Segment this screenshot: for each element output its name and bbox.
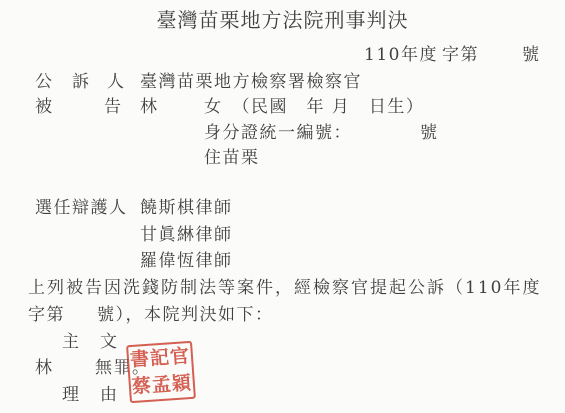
- reason-heading-char-1: 理: [62, 384, 81, 406]
- judgment-document: 臺灣苗栗地方法院刑事判決 110年度 字第 號 公 訴 人 臺灣苗栗地方檢察署檢…: [0, 0, 565, 413]
- defendant-address: 住苗栗: [204, 147, 260, 169]
- document-title: 臺灣苗栗地方法院刑事判決: [0, 9, 565, 31]
- prosecutor-label-char-1: 公: [35, 71, 54, 93]
- defendant-surname: 林: [140, 96, 159, 118]
- defendant-gender-birth: 女 （民國 年 月 日生）: [204, 96, 424, 118]
- counsel-lawyer-1: 饒斯棋律師: [140, 197, 233, 219]
- reason-heading-char-2: 由: [100, 384, 119, 406]
- defendant-id-suffix: 號: [420, 122, 439, 144]
- main-heading-char-1: 主: [62, 331, 81, 353]
- counsel-lawyer-3: 羅偉恆律師: [140, 250, 233, 272]
- defendant-id-label: 身分證統一編號：: [204, 122, 352, 144]
- defendant-label-char-1: 被: [35, 96, 54, 118]
- body-line-1: 上列被告因洗錢防制法等案件，經檢察官提起公訴（110年度: [28, 277, 541, 299]
- clerk-seal-stamp: 書記官 蔡孟穎: [126, 341, 196, 403]
- prosecutor-label-char-3: 人: [107, 71, 126, 93]
- body-line-2-prefix: 字第: [28, 304, 65, 326]
- prosecutor-label-char-2: 訴: [72, 71, 91, 93]
- case-year: 110年度: [364, 44, 438, 66]
- defendant-label-char-2: 告: [104, 96, 123, 118]
- main-heading-char-2: 文: [100, 331, 119, 353]
- prosecutor-value: 臺灣苗栗地方檢察署檢察官: [140, 71, 362, 93]
- verdict-surname: 林: [35, 357, 54, 379]
- case-word: 字第: [442, 44, 479, 66]
- counsel-lawyer-2: 甘眞綝律師: [140, 224, 233, 246]
- stamp-title: 書記官: [129, 344, 191, 373]
- case-number-suffix: 號: [522, 44, 541, 66]
- body-line-2-suffix: 號），本院判決如下：: [97, 304, 274, 326]
- stamp-name: 蔡孟穎: [131, 371, 193, 400]
- counsel-label: 選任辯護人: [35, 197, 128, 219]
